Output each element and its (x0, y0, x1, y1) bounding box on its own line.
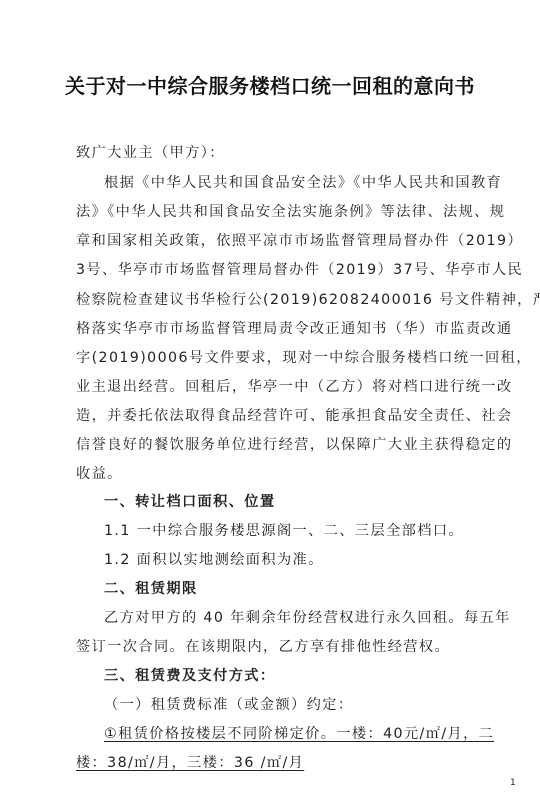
section-subheading: （一）租赁费标准（或金额）约定： (104, 694, 534, 714)
section-line: 乙方对甲方的 40 年剩余年份经营权进行永久回租。每五年 (104, 607, 534, 627)
paragraph-line: 3号、华亭市市场监督管理局督办件（2019）37号、华亭市人民 (76, 259, 506, 279)
price-line: 楼：38/㎡/月，三楼：36 /㎡/月 (76, 752, 304, 772)
paragraph-line: 造，并委托依法取得食品经营许可、能承担食品安全责任、社会 (76, 405, 506, 425)
paragraph-line: 收益。 (76, 463, 506, 483)
section-item: 1.1 一中综合服务楼思源阁一、二、三层全部档口。 (104, 520, 534, 540)
paragraph-line: 根据《中华人民共和国食品安全法》《中华人民共和国教育 (104, 172, 534, 192)
page-number: 1 (510, 778, 516, 788)
section-item: 1.2 面积以实地测绘面积为准。 (104, 549, 534, 569)
section-heading-1: 一、转让档口面积、位置 (104, 491, 534, 511)
paragraph-line: 法》《中华人民共和国食品安全法实施条例》等法律、法规、规 (76, 201, 506, 221)
paragraph-line: 检察院检查建议书华检行公(2019)62082400016 号文件精神，严 (76, 289, 506, 309)
document-page: 关于对一中综合服务楼档口统一回租的意向书 致广大业主（甲方）： 根据《中华人民共… (0, 0, 540, 800)
price-line: ①租赁价格按楼层不同阶梯定价。一楼：40元/㎡/月，二 (104, 723, 534, 743)
paragraph-line: 格落实华亭市市场监督管理局责令改正通知书（华）市监责改通 (76, 318, 506, 338)
section-heading-2: 二、租赁期限 (104, 578, 534, 598)
document-title: 关于对一中综合服务楼档口统一回租的意向书 (0, 70, 540, 99)
paragraph-line: 章和国家相关政策，依照平凉市市场监督管理局督办件（2019） (76, 230, 506, 250)
paragraph-line: 业主退出经营。回租后，华亭一中（乙方）将对档口进行统一改 (76, 376, 506, 396)
section-heading-3: 三、租赁费及支付方式： (104, 665, 534, 685)
paragraph-line: 字(2019)0006号文件要求，现对一中综合服务楼档口统一回租， (76, 347, 506, 367)
salutation: 致广大业主（甲方）： (76, 142, 506, 162)
section-line: 签订一次合同。在该期限内，乙方享有排他性经营权。 (76, 636, 506, 656)
paragraph-line: 信誉良好的餐饮服务单位进行经营，以保障广大业主获得稳定的 (76, 434, 506, 454)
